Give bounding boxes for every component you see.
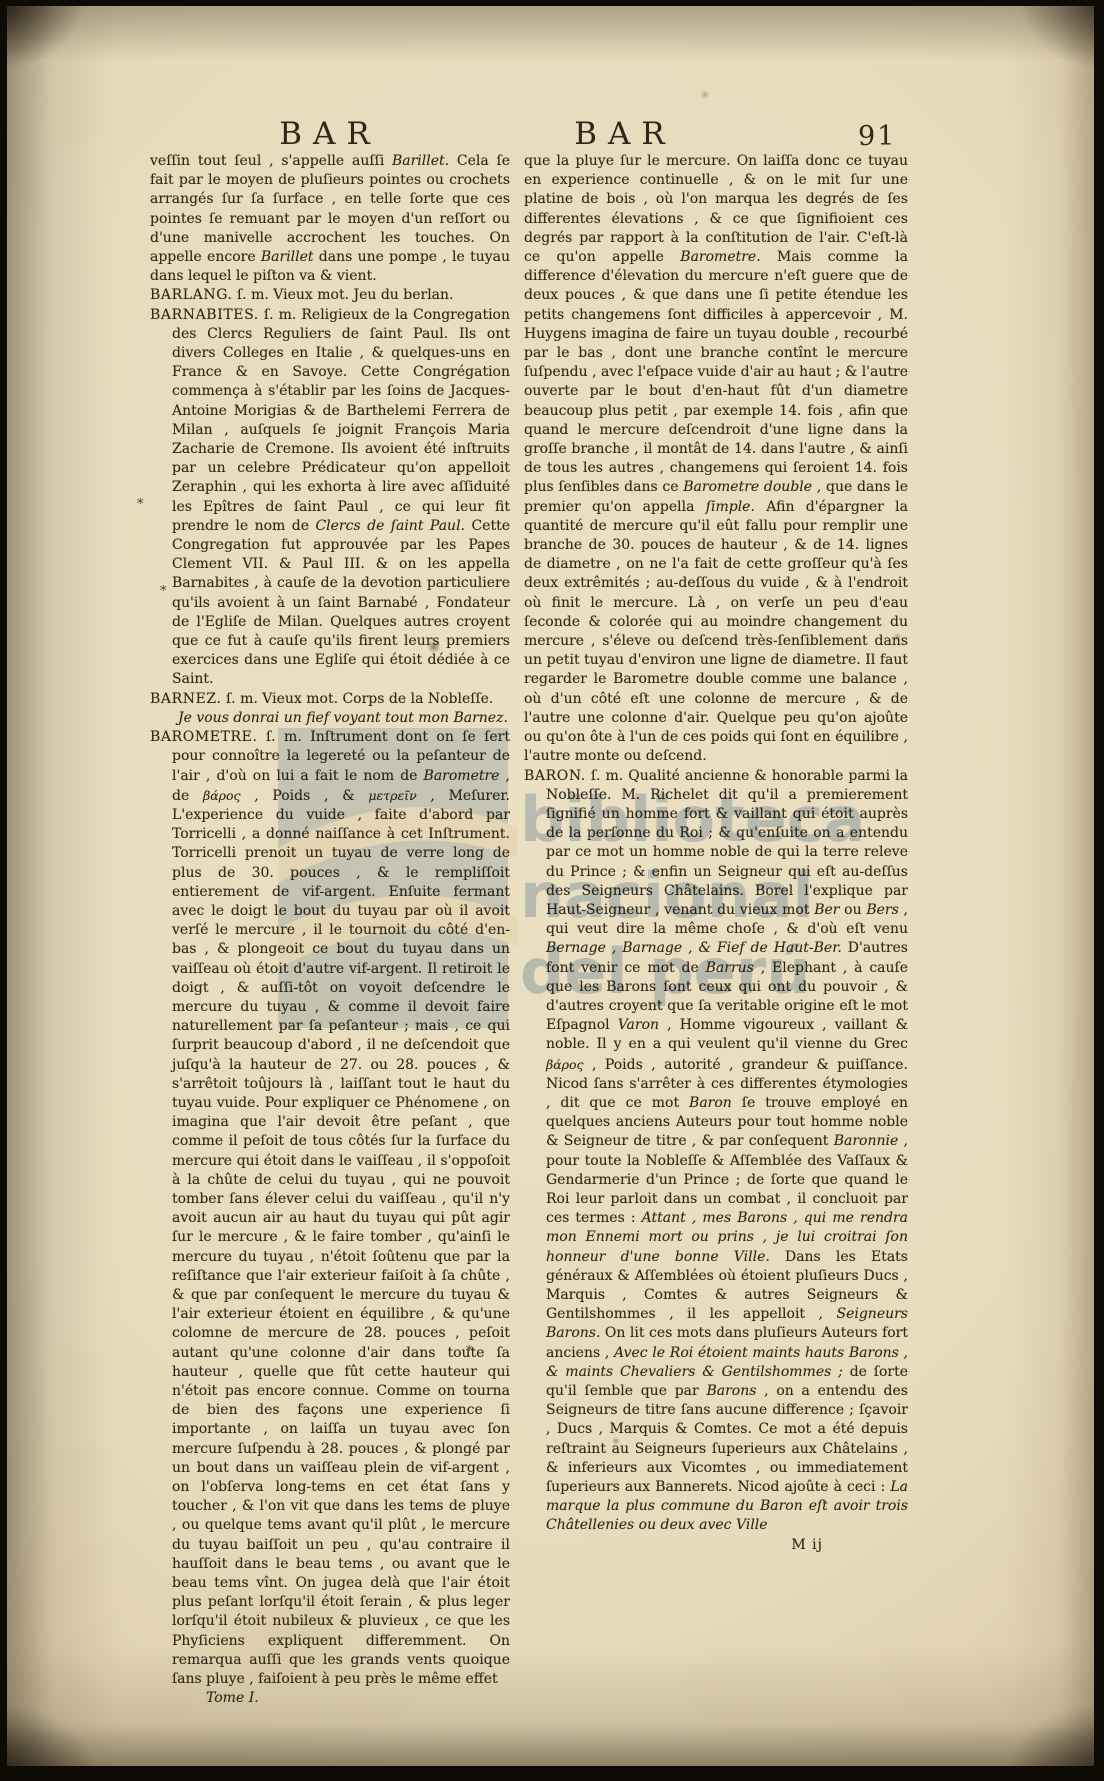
entry-text: μετρεῖν	[368, 788, 416, 803]
entry-text: Barometre double	[683, 479, 812, 495]
scanned-book-page: BAR BAR 91 veſſin tout ſeul , s'appelle …	[0, 0, 1104, 1781]
text-column-right: que la pluye ſur le mercure. On laiſſa d…	[524, 152, 908, 1555]
entry-text: ou	[839, 902, 866, 918]
entry-text: ſimple.	[706, 499, 755, 515]
entry-text: M ij	[791, 1537, 823, 1553]
entry-barillet-continuation: veſſin tout ſeul , s'appelle auſſi Baril…	[150, 152, 510, 286]
entry-headword: BAROMETRE.	[150, 729, 258, 745]
margin-asterisk: *	[160, 584, 167, 599]
entry-text: Ber	[814, 902, 839, 918]
entry-text: veſſin tout ſeul , s'appelle auſſi	[150, 153, 392, 169]
entry-text: Clercs de ſaint Paul.	[315, 518, 465, 534]
entry-headword: BARNABITES.	[150, 307, 259, 323]
margin-asterisk: *	[466, 1344, 473, 1359]
entry-text: Barillet	[261, 249, 314, 265]
text-column-left: veſſin tout ſeul , s'appelle auſſi Baril…	[150, 152, 510, 1708]
entry-barlang: BARLANG. ſ. m. Vieux mot. Jeu du berlan.	[150, 286, 510, 305]
entry-text: , on a entendu des Seigneurs de titre ſa…	[546, 1383, 908, 1495]
entry-text: βάρος	[203, 788, 241, 803]
entry-headword: BARON.	[524, 768, 586, 784]
running-head-left: BAR	[150, 116, 510, 152]
entry-barometre: BAROMETRE. ſ. m. Inſtrument dont on ſe ſ…	[150, 728, 510, 1689]
entry-text: , Poids , &	[241, 788, 369, 804]
gathering-signature: M ij	[524, 1536, 908, 1555]
entry-barometre-continuation: que la pluye ſur le mercure. On laiſſa d…	[524, 152, 908, 767]
barnez-citation: Je vous donrai un fief voyant tout mon B…	[150, 709, 510, 728]
page-number: 91	[858, 121, 896, 152]
entry-text: ſ. m. Vieux mot. Corps de la Nobleſſe.	[222, 691, 494, 707]
volume-signature: Tome I.	[150, 1689, 510, 1708]
entry-barnez: BARNEZ. ſ. m. Vieux mot. Corps de la Nob…	[150, 690, 510, 709]
entry-text: Baronnie	[834, 1133, 899, 1149]
entry-text: ſ. m. Religieux de la Congregation des C…	[172, 307, 510, 534]
margin-asterisk: *	[137, 497, 144, 512]
entry-text: Barometre	[680, 249, 756, 265]
entry-text: Varon	[618, 1017, 659, 1033]
entry-text: βάρος	[546, 1057, 584, 1072]
entry-headword: BARLANG.	[150, 287, 233, 303]
entry-text: Baron	[689, 1095, 732, 1111]
entry-headword: BARNEZ.	[150, 691, 222, 707]
entry-text: ſ. m. Vieux mot. Jeu du berlan.	[233, 287, 454, 303]
entry-text: Barrus	[706, 960, 754, 976]
entry-text: Barometre	[424, 768, 500, 784]
entry-text: Je vous donrai un fief voyant tout mon B…	[178, 710, 508, 726]
entry-text: Bers	[866, 902, 898, 918]
entry-text: Cette Congregation fut approuvée par les…	[172, 518, 510, 688]
entry-text: Afin d'épargner la quantité de mercure q…	[524, 499, 908, 765]
entry-text: Barillet	[392, 153, 445, 169]
running-head-right: BAR	[520, 116, 730, 152]
entry-text: Tome I.	[206, 1690, 259, 1706]
entry-text: , Meſurer. L'experience du vuide , faite…	[172, 788, 510, 1687]
entry-barnabites: BARNABITES. ſ. m. Religieux de la Congre…	[150, 306, 510, 690]
entry-baron: BARON. ſ. m. Qualité ancienne & honorabl…	[524, 767, 908, 1536]
entry-text: ſ. m. Qualité ancienne & honorable parmi…	[546, 768, 908, 918]
entry-text: Barons	[706, 1383, 756, 1399]
entry-text: . Mais comme la difference d'élevation d…	[524, 249, 908, 495]
entry-text: Bernage , Barnage , & Fief de Haut-Ber.	[546, 940, 842, 956]
